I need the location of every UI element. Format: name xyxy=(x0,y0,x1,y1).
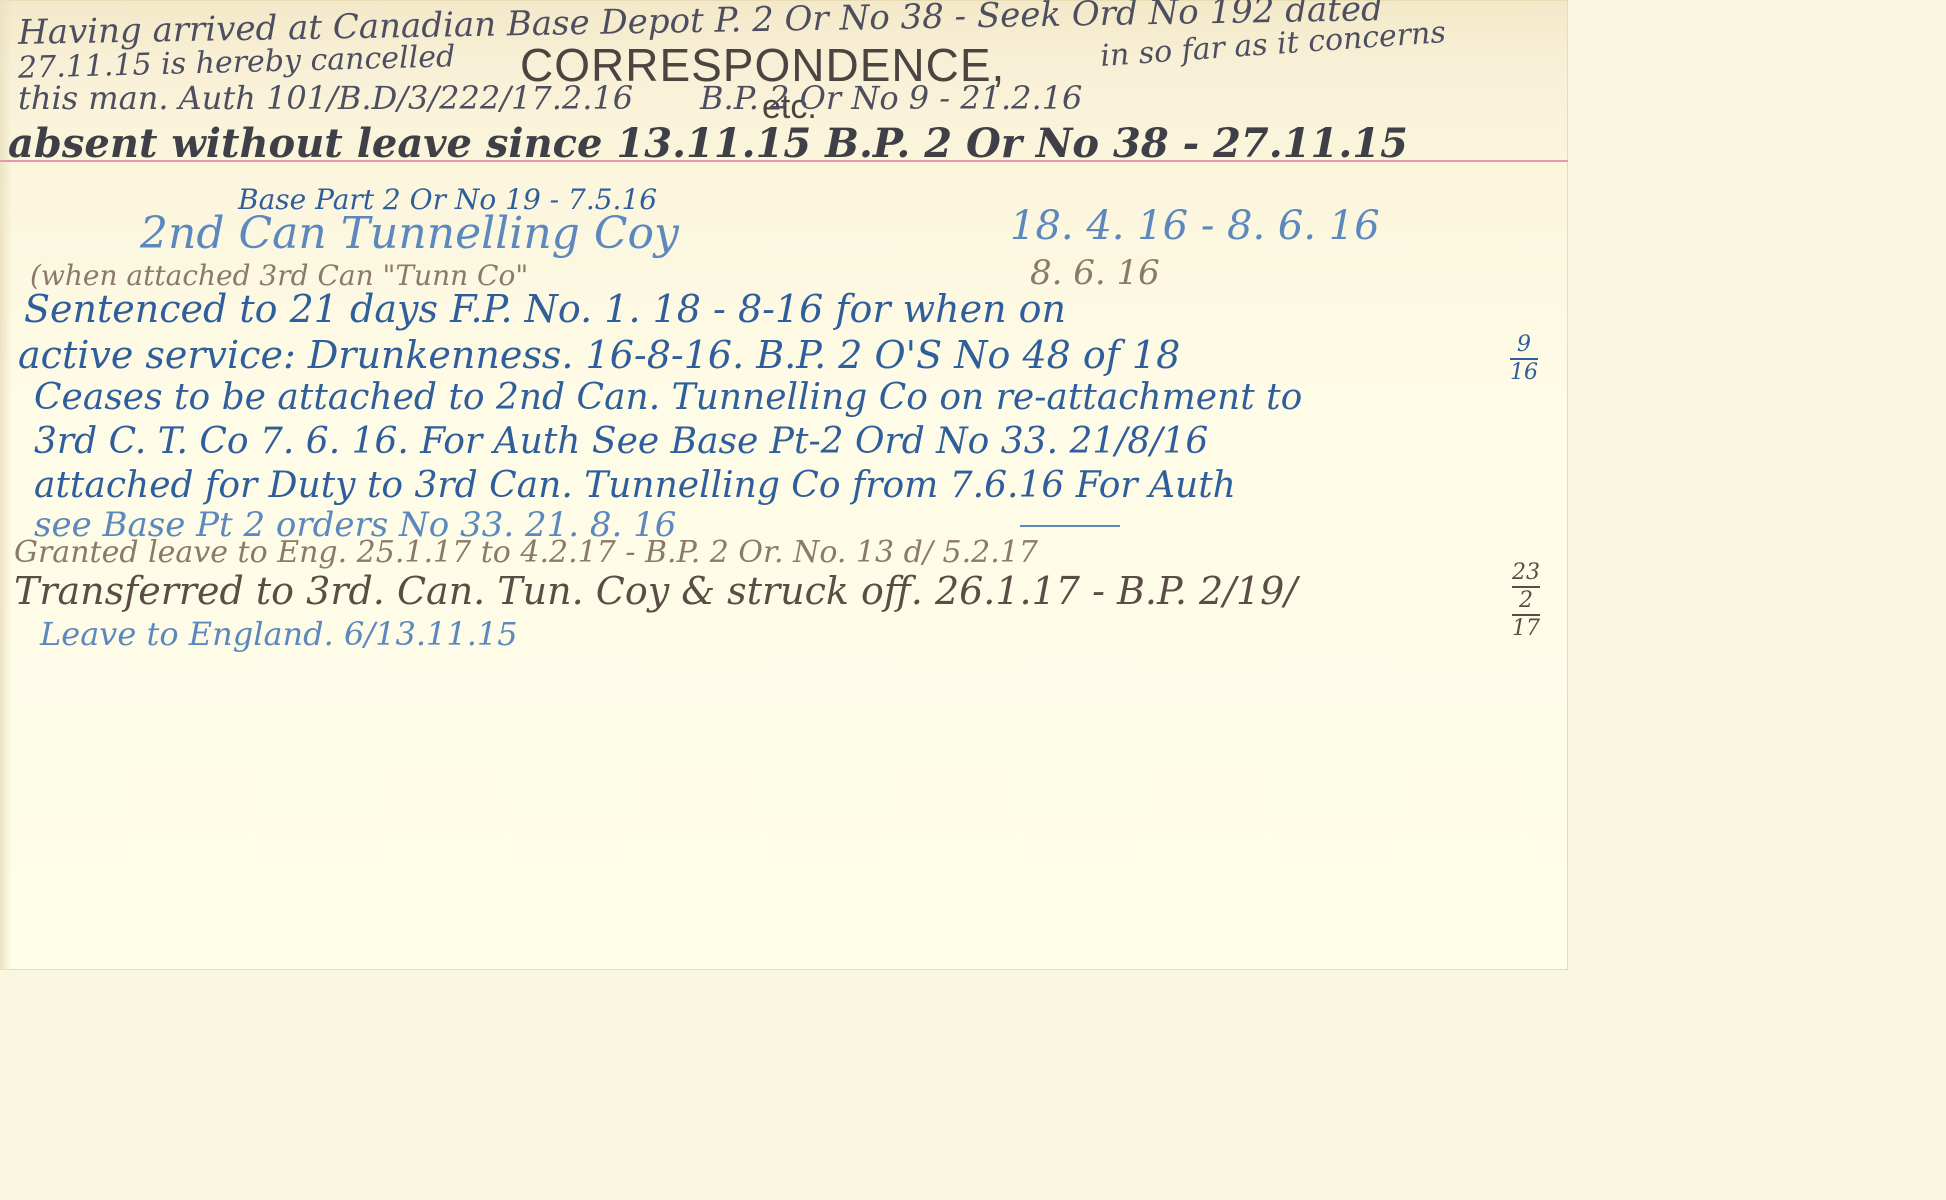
service-record-card: CORRESPONDENCE, etc. Having arrived at C… xyxy=(0,0,1568,970)
entry-line-15-fraction: 23 2 17 xyxy=(1512,562,1540,640)
entry-line-11: 3rd C. T. Co 7. 6. 16. For Auth See Base… xyxy=(34,424,1208,460)
fraction-bottom: 17 xyxy=(1512,618,1540,640)
entry-line-12: attached for Duty to 3rd Can. Tunnelling… xyxy=(34,468,1236,504)
fraction-middle: 2 xyxy=(1512,590,1540,612)
entry-line-6a: 2nd Can Tunnelling Coy xyxy=(140,212,679,256)
entry-line-3a: this man. Auth 101/B.D/3/222/17.2.16 xyxy=(18,82,633,114)
entry-line-7a: (when attached 3rd Can "Tunn Co" xyxy=(30,262,528,290)
entry-line-7b: 8. 6. 16 xyxy=(1030,256,1160,290)
entry-line-10: Ceases to be attached to 2nd Can. Tunnel… xyxy=(34,380,1302,416)
entry-line-14: Granted leave to Eng. 25.1.17 to 4.2.17 … xyxy=(14,538,1038,568)
entry-line-4: absent without leave since 13.11.15 B.P.… xyxy=(8,124,1408,164)
fraction-top: 9 xyxy=(1510,334,1538,356)
entry-line-2a: 27.11.15 is hereby cancelled xyxy=(18,42,456,83)
entry-line-8: Sentenced to 21 days F.P. No. 1. 18 - 8-… xyxy=(24,290,1066,328)
entry-line-13-stroke xyxy=(1020,525,1120,527)
entry-line-9: active service: Drunkenness. 16-8-16. B.… xyxy=(18,336,1180,374)
entry-line-6b: 18. 4. 16 - 8. 6. 16 xyxy=(1010,206,1380,246)
entry-line-3b: B.P. 2 Or No 9 - 21.2.16 xyxy=(700,82,1082,114)
fraction-bottom: 16 xyxy=(1510,362,1538,384)
entry-line-16: Leave to England. 6/13.11.15 xyxy=(40,618,518,650)
entry-line-15: Transferred to 3rd. Can. Tun. Coy & stru… xyxy=(14,572,1297,610)
fraction-top: 23 xyxy=(1512,562,1540,584)
entry-line-9-fraction: 9 16 xyxy=(1510,334,1538,384)
